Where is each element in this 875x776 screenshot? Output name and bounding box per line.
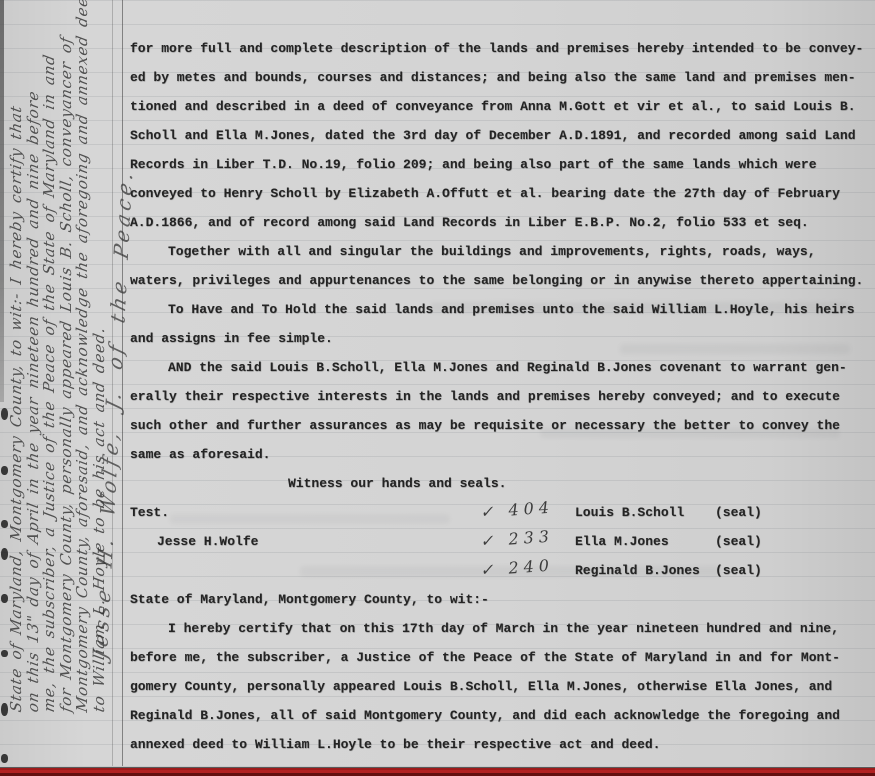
- margin-note-line: on this 13" day of April in the year nin…: [25, 16, 42, 714]
- scan-edge-band: [0, 766, 875, 776]
- witness-name: Jesse H.Wolfe: [157, 527, 258, 556]
- certification-line: before me, the subscriber, a Justice of …: [130, 643, 872, 672]
- deed-text-line: Records in Liber T.D. No.19, folio 209; …: [130, 150, 872, 179]
- deed-text-line: ed by metes and bounds, courses and dist…: [130, 63, 872, 92]
- certification-line: gomery County, personally appeared Louis…: [130, 672, 872, 701]
- deed-text-line: Together with all and singular the build…: [130, 237, 872, 266]
- seal-label: (seal): [715, 527, 762, 556]
- seal-label: (seal): [715, 556, 762, 585]
- margin-note-line: me, the subscriber, a Justice of the Pea…: [41, 16, 58, 714]
- signer-name: Reginald B.Jones: [575, 556, 700, 585]
- binding-mark: [1, 754, 8, 763]
- deed-text-line: erally their respective interests in the…: [130, 382, 872, 411]
- table-row: Jesse H.Wolfe ✓ 233 Ella M.Jones (seal): [130, 527, 872, 556]
- signer-name: Louis B.Scholl: [575, 498, 684, 527]
- table-row: ✓ 240 Reginald B.Jones (seal): [130, 556, 872, 585]
- margin-note-line: for Montgomery County, personally appear…: [58, 16, 75, 714]
- table-row: Test. ✓ 404 Louis B.Scholl (seal): [130, 498, 872, 527]
- deed-text-line: To Have and To Hold the said lands and p…: [130, 295, 872, 324]
- signer-name: Ella M.Jones: [575, 527, 669, 556]
- witness-line: Witness our hands and seals.: [130, 469, 872, 498]
- deed-text-line: and assigns in fee simple.: [130, 324, 872, 353]
- deed-text-line: tioned and described in a deed of convey…: [130, 92, 872, 121]
- certification-line: Reginald B.Jones, all of said Montgomery…: [130, 701, 872, 730]
- seal-label: (seal): [715, 498, 762, 527]
- deed-text-line: conveyed to Henry Scholl by Elizabeth A.…: [130, 179, 872, 208]
- test-label: Test.: [130, 498, 169, 527]
- deed-text-line: AND the said Louis B.Scholl, Ella M.Jone…: [130, 353, 872, 382]
- certification-line: I hereby certify that on this 17th day o…: [130, 614, 872, 643]
- certification-line: annexed deed to William L.Hoyle to be th…: [130, 730, 872, 759]
- margin-note-line: State of Maryland, Montgomery County, to…: [8, 16, 25, 714]
- deed-text-line: such other and further assurances as may…: [130, 411, 872, 440]
- deed-text: for more full and complete description o…: [130, 34, 872, 759]
- margin-note-line: Montgomery County, aforesaid, and acknow…: [74, 16, 91, 714]
- deed-text-line: waters, privileges and appurtenances to …: [130, 266, 872, 295]
- certification-line: State of Maryland, Montgomery County, to…: [130, 585, 872, 614]
- deed-text-line: same as aforesaid.: [130, 440, 872, 469]
- scanned-deed-page: State of Maryland, Montgomery County, to…: [0, 0, 875, 776]
- book-binding-edge: [0, 0, 4, 402]
- deed-text-line: A.D.1866, and of record among said Land …: [130, 208, 872, 237]
- deed-text-line: Scholl and Ella M.Jones, dated the 3rd d…: [130, 121, 872, 150]
- handwritten-mark: ✓ 240: [479, 550, 555, 584]
- deed-text-line: for more full and complete description o…: [130, 34, 872, 63]
